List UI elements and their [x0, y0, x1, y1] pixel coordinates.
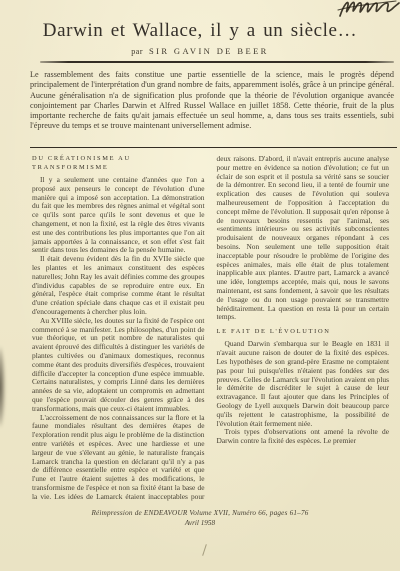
body-paragraph: Au XVIIIe siècle, les doutes sur la fixi…: [32, 317, 205, 414]
reprint-source-line: Réimpression de ENDEAVOUR Volume XVII, N…: [0, 509, 400, 519]
handwritten-annotation: [334, 0, 400, 20]
body-paragraph: Quand Darwin s'embarqua sur le Beagle en…: [217, 340, 390, 428]
abstract-divider-rule: [30, 147, 397, 148]
header-rule: [40, 61, 394, 63]
article-body: DU CRÉATIONISME AU TRANSFORMISME Il y a …: [32, 155, 389, 507]
author-name: SIR GAVIN DE BEER: [149, 46, 269, 56]
article-title: Darwin et Wallace, il y a un siècle…: [0, 20, 400, 42]
body-paragraph: Il était devenu évident dès la fin du XV…: [32, 255, 205, 317]
scan-edge-smudge: [0, 346, 5, 428]
body-paragraph: Trois types d'observations ont amené la …: [217, 428, 390, 446]
scanned-page-background: Darwin et Wallace, il y a un siècle… par…: [0, 0, 400, 571]
body-paragraph: Il y a seulement une centaine d'années q…: [32, 176, 205, 255]
section-heading-creationisme: DU CRÉATIONISME AU TRANSFORMISME: [32, 155, 205, 173]
reprint-footer: Réimpression de ENDEAVOUR Volume XVII, N…: [0, 509, 400, 528]
byline-prefix: par: [131, 47, 143, 56]
scan-scratch-mark: [202, 544, 207, 556]
byline: par SIR GAVIN DE BEER: [0, 46, 400, 56]
reprint-date-line: Avril 1958: [0, 519, 400, 529]
lead-abstract: Le rassemblement des faits constitue une…: [30, 70, 394, 132]
section-heading-evolution: LE FAIT DE L'ÉVOLUTION: [217, 328, 390, 337]
